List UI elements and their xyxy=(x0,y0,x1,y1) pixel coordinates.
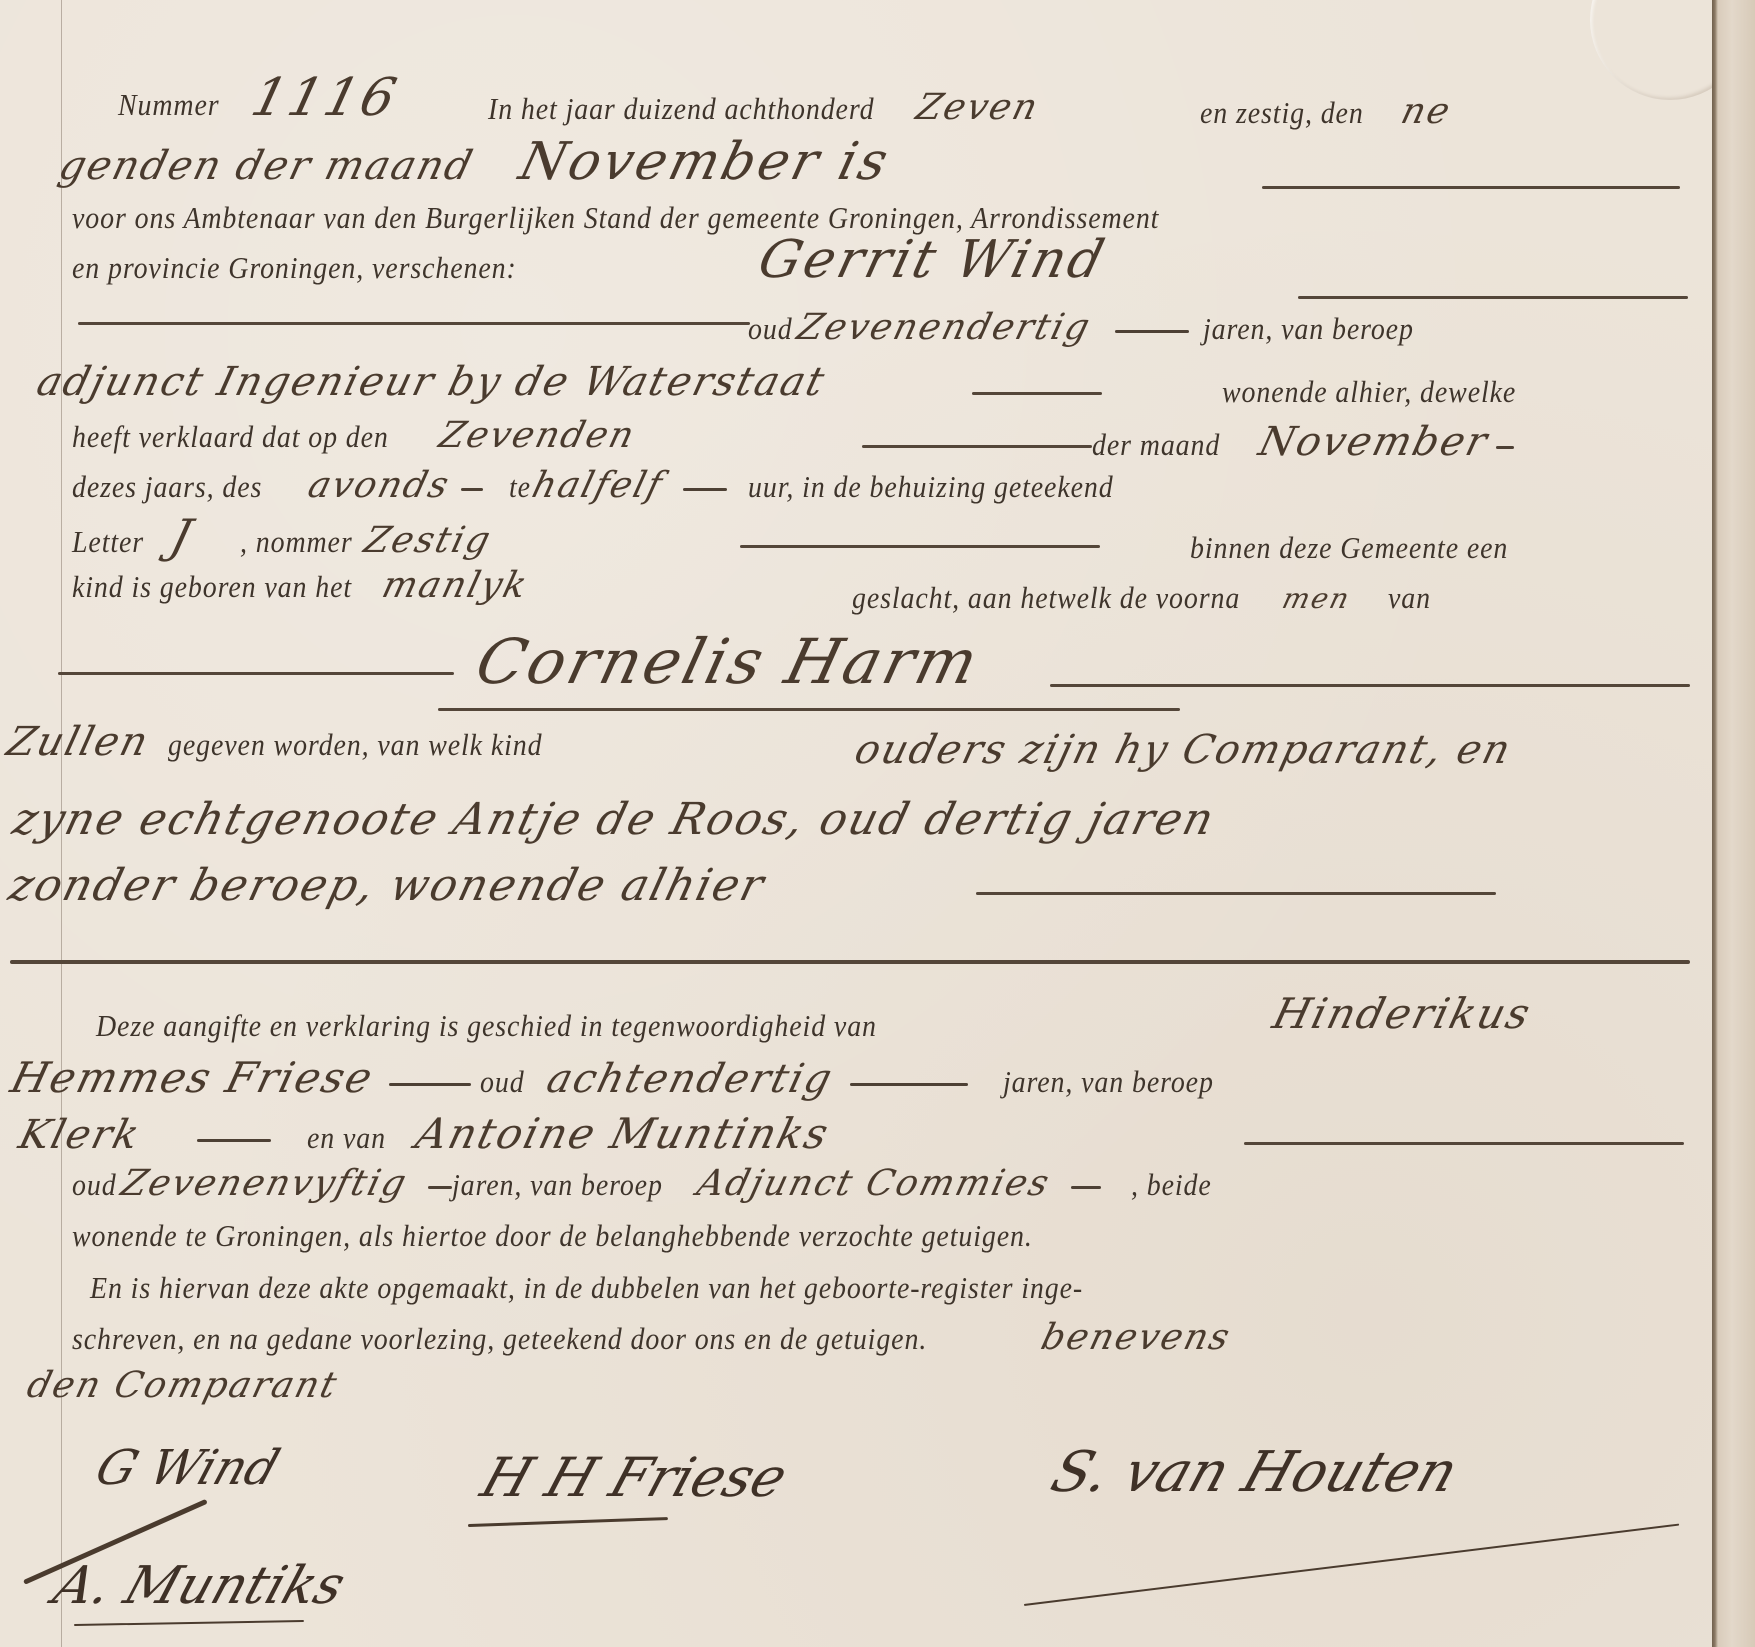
witness1-first-name: Hinderikus xyxy=(1269,994,1535,1034)
birth-day: Zevenden xyxy=(435,416,640,456)
line-1: Nummer 1116 xyxy=(118,78,397,125)
printed-text: uur, in de behuizing geteekend xyxy=(748,467,1114,507)
printed-text: jaren, van beroep xyxy=(1203,309,1414,349)
section-divider xyxy=(10,960,1690,964)
child-name: Cornelis Harm xyxy=(471,632,987,692)
year-fill: Zeven xyxy=(912,88,1043,128)
birth-hour: halfelf xyxy=(528,466,668,506)
fill-rule xyxy=(1244,1142,1684,1145)
printed-text: En is hiervan deze akte opgemaakt, in de… xyxy=(90,1268,1083,1308)
printed-text: jaren, van beroep xyxy=(1003,1062,1214,1102)
mother-occupation-fill: zonder beroep, wonende alhier xyxy=(5,866,769,906)
line-12: Zullen gegeven worden, van welk kind xyxy=(8,722,584,765)
printed-text: jaren, van beroep xyxy=(452,1165,663,1205)
printed-text: geslacht, aan hetwelk de voorna xyxy=(852,578,1240,618)
printed-text: oud xyxy=(748,309,793,349)
printed-text: te xyxy=(509,467,531,507)
printed-text: gegeven worden, van welk kind xyxy=(168,725,542,765)
day-fill-end: genden der maand xyxy=(55,146,478,186)
dash xyxy=(389,1083,471,1086)
book-binding-edge xyxy=(1712,0,1755,1647)
signature-underline xyxy=(1024,1524,1679,1606)
line-19: wonende te Groningen, als hiertoe door d… xyxy=(72,1216,1139,1256)
printed-text: oud xyxy=(480,1062,525,1102)
dash xyxy=(1115,330,1189,333)
printed-text: heeft verklaard dat op den xyxy=(72,417,389,457)
house-letter: J xyxy=(167,516,197,556)
printed-text: binnen deze Gemeente een xyxy=(1190,528,1508,568)
line-1b: In het jaar duizend achthonderdZeven xyxy=(488,88,1039,129)
printed-text: Deze aangifte en verklaring is geschied … xyxy=(96,1006,877,1046)
fill-rule xyxy=(78,322,750,325)
time-of-day: avonds xyxy=(304,466,454,506)
printed-text: wonende te Groningen, als hiertoe door d… xyxy=(72,1216,1033,1256)
day-fill-start: ne xyxy=(1397,92,1455,132)
witness2-name: Antoine Muntinks xyxy=(412,1114,834,1154)
declarant-name: Gerrit Wind xyxy=(755,240,1110,280)
dash xyxy=(428,1186,452,1189)
line-11: Cornelis Harm xyxy=(478,632,979,703)
line-8: dezes jaars, des avonds tehalfelf uur, i… xyxy=(72,466,1155,507)
line-9b: binnen deze Gemeente een xyxy=(1190,528,1544,568)
dash xyxy=(683,488,727,491)
witness1-age: achtendertig xyxy=(543,1059,837,1099)
signature-underline xyxy=(468,1517,668,1527)
line-7b: der maand November xyxy=(1092,422,1514,465)
fill-rule xyxy=(976,892,1496,895)
printed-text: wonende alhier, dewelke xyxy=(1222,372,1516,412)
signature-declarant: G Wind xyxy=(89,1440,286,1496)
line-14: zonder beroep, wonende alhier xyxy=(10,866,764,910)
line-18: oudZevenenvyftig jaren, van beroep Adjun… xyxy=(72,1164,1220,1205)
line-5: oudZevenendertig jaren, van beroep xyxy=(748,308,1437,349)
fill-rule xyxy=(438,708,1180,711)
zullen-fill: Zullen xyxy=(3,722,154,762)
witness2-age: Zevenenvyftig xyxy=(117,1164,412,1204)
house-number: Zestig xyxy=(360,521,496,561)
fill-rule xyxy=(1050,684,1690,687)
month-fill: November is xyxy=(516,142,894,182)
witness1-occupation: Klerk xyxy=(15,1115,145,1155)
dash xyxy=(461,488,483,491)
line-1c: en zestig, den ne xyxy=(1200,92,1450,133)
line-6b: wonende alhier, dewelke xyxy=(1222,372,1549,412)
fill-rule xyxy=(1262,186,1680,189)
dash xyxy=(1071,1186,1101,1189)
printed-text: In het jaar duizend achthonderd xyxy=(488,89,874,129)
line-6: adjunct Ingenieur by de Waterstaat xyxy=(38,362,825,405)
line-10: kind is geboren van hetmanlyk xyxy=(72,566,528,607)
line-12b: ouders zijn hy Comparant, en xyxy=(856,730,1511,773)
line-21: schreven, en na gedane voorlezing, getee… xyxy=(72,1318,1230,1359)
declarant-occupation: adjunct Ingenieur by de Waterstaat xyxy=(33,362,830,402)
line-17: Klerk en van Antoine Muntinks xyxy=(20,1114,828,1158)
suffix-fill: men xyxy=(1278,579,1355,619)
fill-rule xyxy=(862,445,1092,448)
printed-text: , beide xyxy=(1131,1165,1212,1205)
witness1-surname: Hemmes Friese xyxy=(7,1058,378,1098)
printed-text: oud xyxy=(72,1165,117,1205)
printed-text: Letter xyxy=(72,522,144,562)
label-nummer: Nummer xyxy=(118,85,220,125)
parents-fill: ouders zijn hy Comparant, en xyxy=(851,730,1516,770)
line-9: Letter J , nommerZestig xyxy=(72,516,491,562)
fill-rule xyxy=(740,545,1100,548)
fill-rule xyxy=(1298,296,1688,299)
witness2-occupation: Adjunct Commies xyxy=(693,1164,1054,1204)
mother-fill: zyne echtgenoote Antje de Roos, oud dert… xyxy=(9,800,1219,840)
line-4: en provincie Groningen, verschenen: xyxy=(72,248,566,288)
printed-text: en zestig, den xyxy=(1200,93,1364,133)
signature-underline xyxy=(74,1620,304,1626)
addition-fill: benevens xyxy=(1037,1318,1235,1358)
register-page: Nummer 1116 In het jaar duizend achthond… xyxy=(0,0,1712,1647)
line-10b: geslacht, aan hetwelk de voornamen van xyxy=(852,578,1436,619)
signature-official: S. van Houten xyxy=(1043,1440,1465,1505)
signature-witness1: H H Friese xyxy=(474,1446,795,1509)
birth-month: November xyxy=(1255,422,1493,462)
dash xyxy=(850,1083,968,1086)
fill-rule xyxy=(58,672,454,675)
printed-text: van xyxy=(1388,578,1431,618)
line-22: den Comparant xyxy=(28,1366,337,1407)
line-15: Deze aangifte en verklaring is geschied … xyxy=(96,1006,964,1046)
line-7: heeft verklaard dat op den Zevenden xyxy=(72,416,634,457)
line-15b: Hinderikus xyxy=(1274,994,1530,1038)
line-20: En is hiervan deze akte opgemaakt, in de… xyxy=(90,1268,1193,1308)
addition-fill-end: den Comparant xyxy=(23,1366,342,1406)
line-13: zyne echtgenoote Antje de Roos, oud dert… xyxy=(14,800,1214,844)
dash xyxy=(1496,446,1514,449)
printed-text: , nommer xyxy=(240,522,353,562)
line-16: Hemmes Friese oud achtendertig jaren, va… xyxy=(12,1058,1238,1102)
printed-text: schreven, en na gedane voorlezing, getee… xyxy=(72,1319,927,1359)
printed-text: der maand xyxy=(1092,425,1220,465)
sex-fill: manlyk xyxy=(378,566,532,606)
signature-witness2: A. Muntiks xyxy=(46,1556,352,1616)
printed-text: en provincie Groningen, verschenen: xyxy=(72,248,517,288)
declarant-age: Zevenendertig xyxy=(793,308,1095,348)
printed-text: en van xyxy=(307,1118,386,1158)
line-4b: Gerrit Wind xyxy=(760,240,1105,287)
printed-text: kind is geboren van het xyxy=(72,567,352,607)
line-2: genden der maand November is xyxy=(60,142,889,189)
record-number: 1116 xyxy=(248,78,402,118)
dash xyxy=(197,1139,271,1142)
printed-text: dezes jaars, des xyxy=(72,467,262,507)
fill-rule xyxy=(972,392,1102,395)
